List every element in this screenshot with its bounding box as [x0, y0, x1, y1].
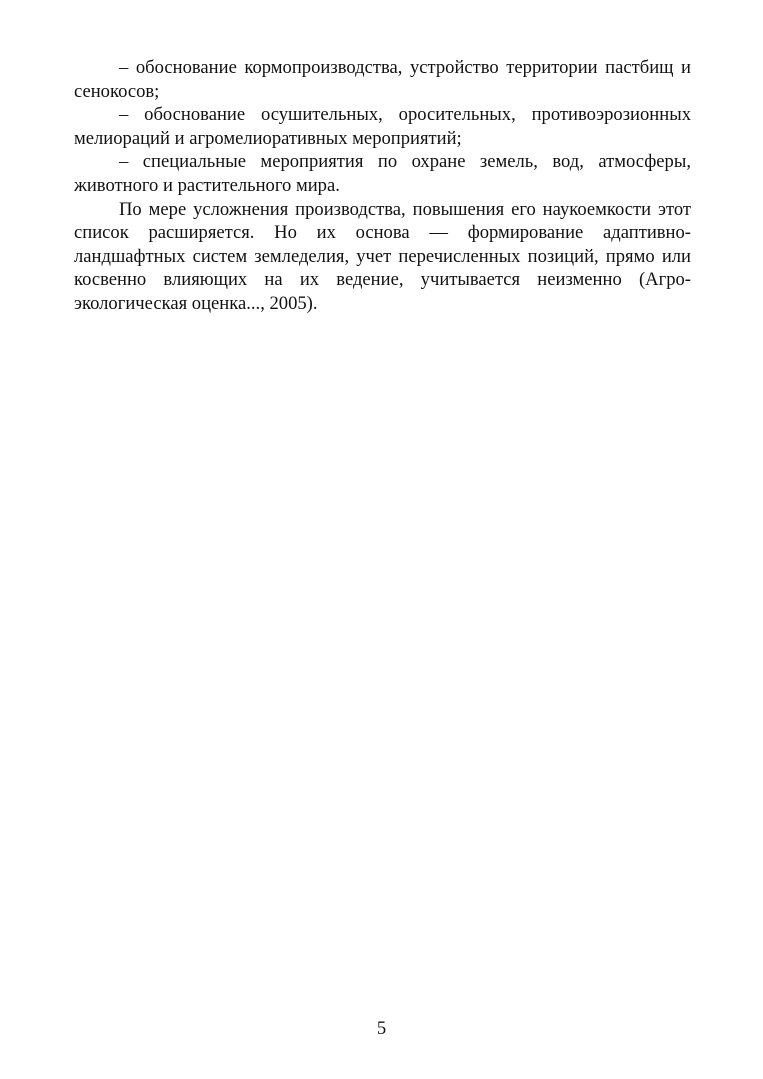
list-item-melioration: – обоснование осушительных, оросительных… — [74, 103, 691, 150]
page-number: 5 — [0, 1017, 763, 1041]
list-item-fodder-production: – обоснование кормопроизводства, устройс… — [74, 56, 691, 103]
list-item-environmental-protection: – специальные мероприятия по охране земе… — [74, 150, 691, 197]
page-body: – обоснование кормопроизводства, устройс… — [74, 56, 691, 316]
paragraph-conclusion: По мере усложнения производства, повышен… — [74, 198, 691, 316]
